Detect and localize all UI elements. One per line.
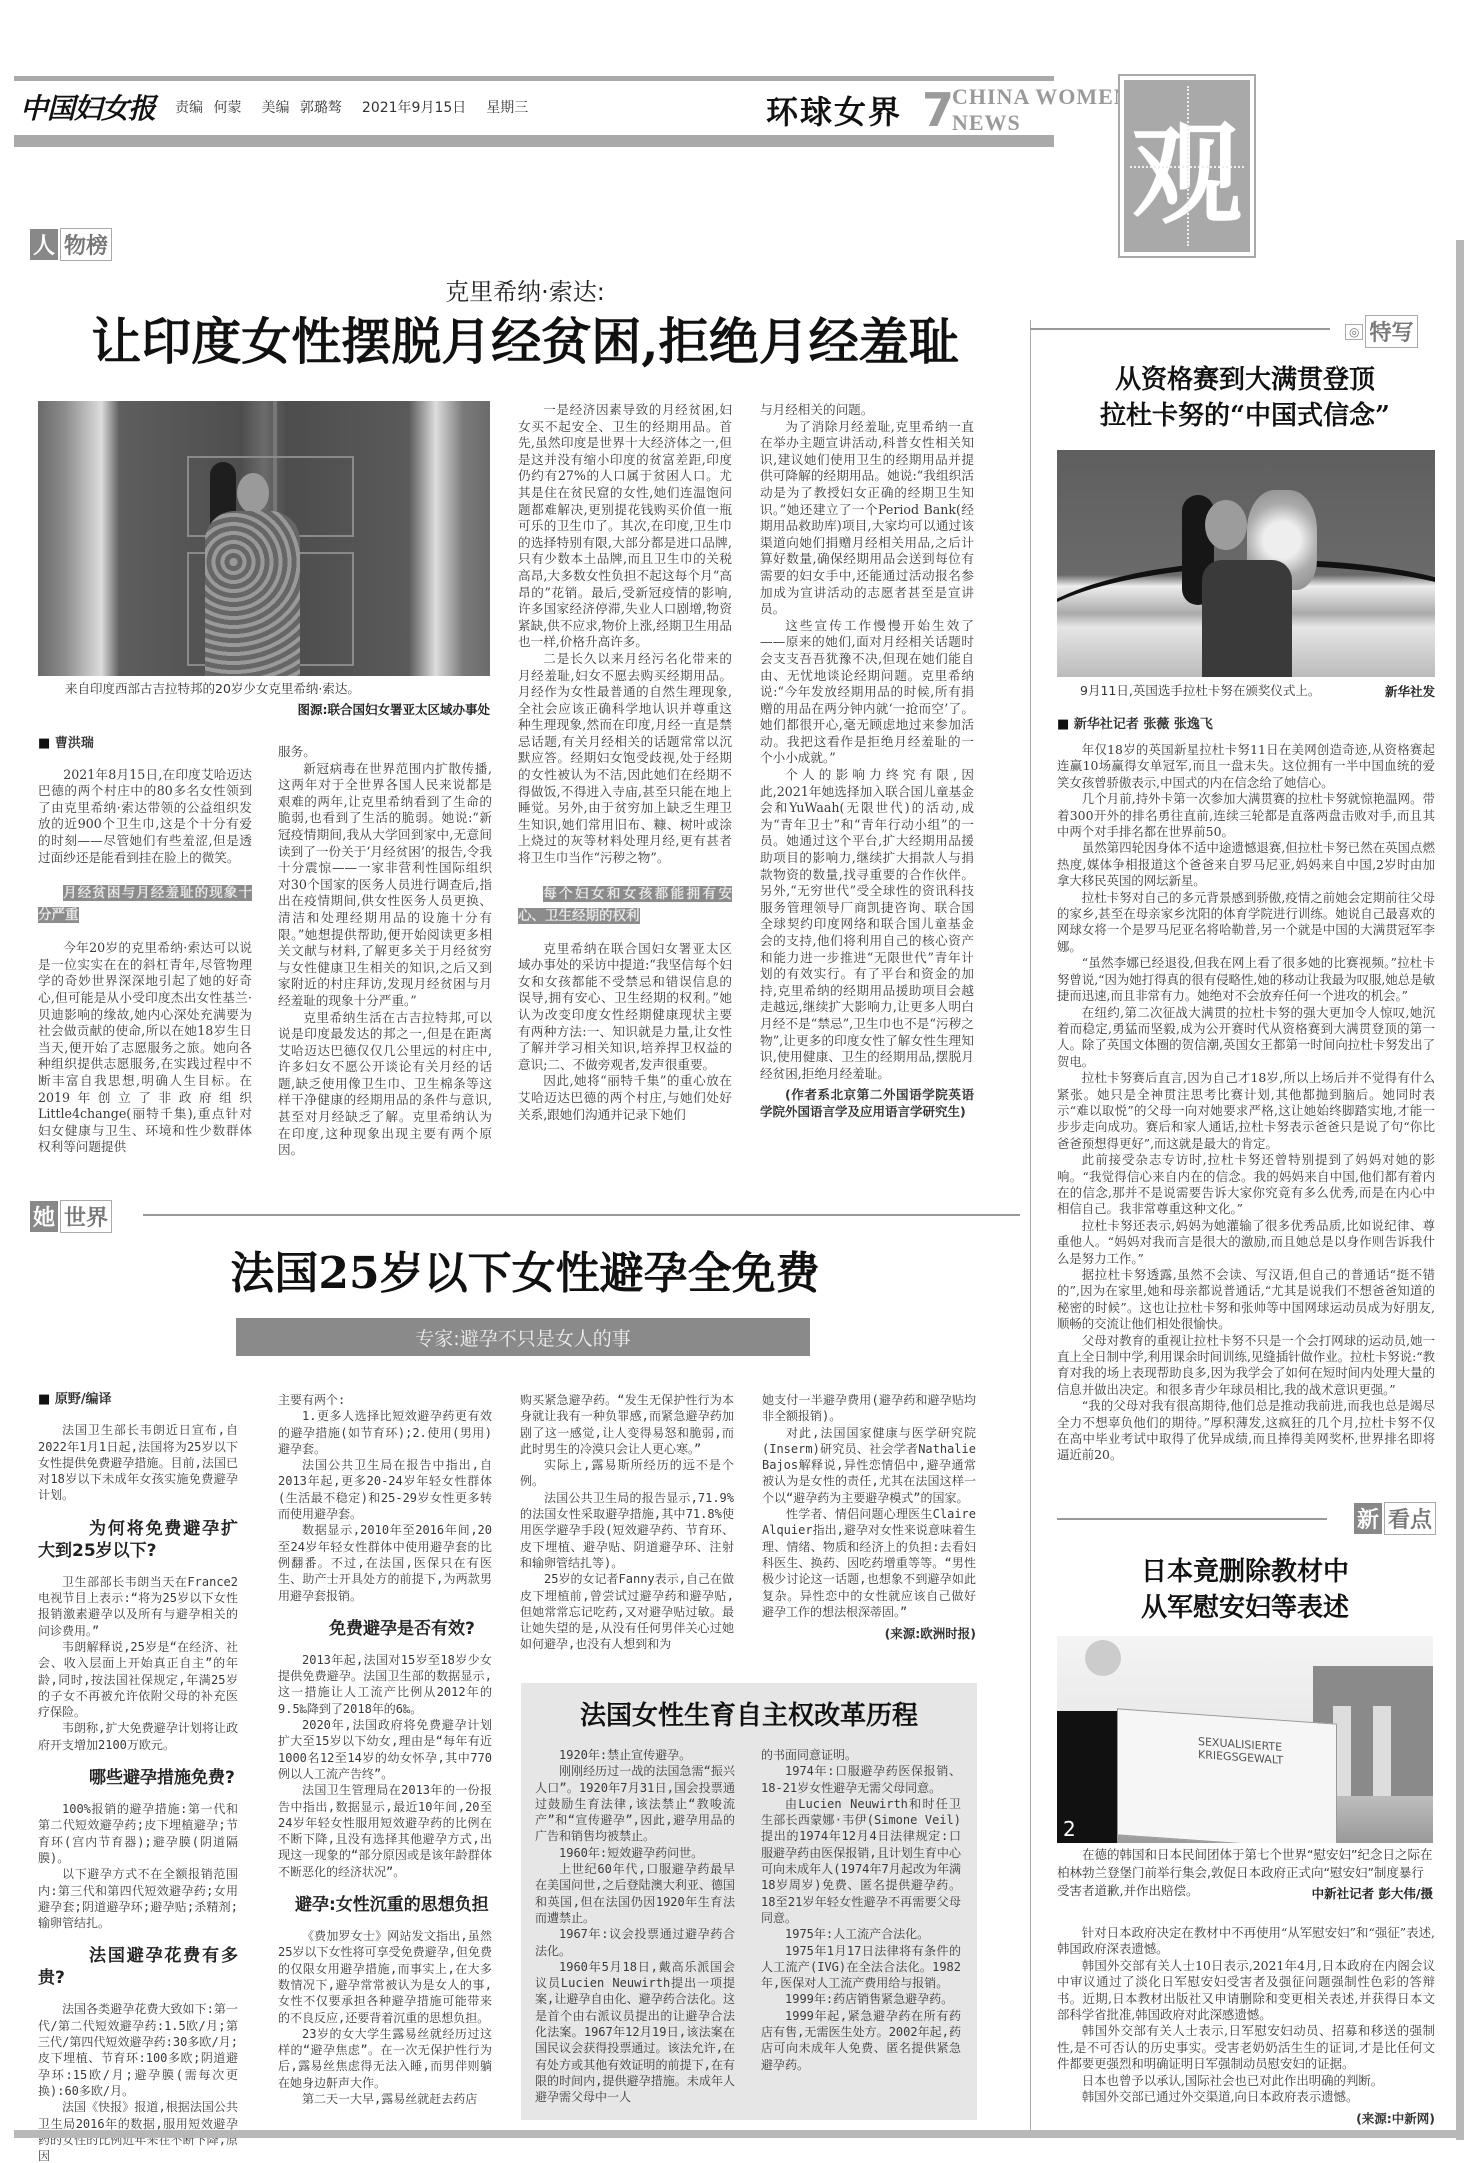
designer-credit: 美编 郭璐骜	[261, 97, 341, 117]
paragraph: 韩国外交部已通过外交渠道,向日本政府表示遗憾。	[1057, 2089, 1435, 2105]
section-heading: 为何将免费避孕扩大到25岁以下?	[38, 1518, 238, 1562]
protester-head	[1085, 1640, 1121, 1676]
rule	[143, 1214, 1020, 1216]
timeline-column-left: 1920年:禁止宣传避孕。 刚刚经历过一战的法国急需“振兴人口”。1920年7月…	[535, 1747, 735, 2106]
paragraph: 几个月前,持外卡第一次参加大满贯赛的拉杜卡努就惊艳温网。带着300开外的排名勇往…	[1057, 791, 1435, 840]
paragraph: “我的父母对我有很高期待,他们总是推动我前进,而我也总是竭尽全力不想辜负他们的期…	[1057, 1398, 1435, 1464]
timeline-entry: 上世纪60年代,口服避孕药最早在美国问世,之后登陆澳大利亚、德国和英国,但在法国…	[535, 1861, 735, 1926]
article3-photo: SEXUALISIERTE KRIEGSGEWALT 2	[1057, 1636, 1433, 1843]
paragraph: 法国各类避孕花费大致如下:第一代/第二代短效避孕药:1.5欧/月;第三代/第四代…	[38, 2001, 238, 2099]
article2-headline: 从资格赛到大满贯登顶 拉杜卡努的“中国式信念”	[1040, 362, 1450, 434]
paragraph: 拉杜卡努赛后直言,因为自己才18岁,所以上场后并不觉得有什么紧张。她只是全神贯注…	[1057, 1070, 1435, 1152]
paragraph: 23岁的女大学生露易丝就经历过这样的“避孕焦虑”。在一次无保护性行为后,露易丝焦…	[278, 2026, 492, 2091]
article4-source: (来源:欧洲时报)	[762, 1626, 976, 1642]
timeline-entry: 1967年:议会投票通过避孕药合法化。	[535, 1926, 735, 1959]
timeline-column-right: 的书面同意证明。 1974年:口服避孕药医保报销、18-21岁女性避孕无需父母同…	[761, 1747, 961, 2073]
paragraph: 性学者、情侣问题心理医生Claire Alquier指出,避孕对女性来说意味着生…	[762, 1506, 976, 1620]
paragraph: 主要有两个:	[278, 1392, 492, 1408]
article1-column-4: 与月经相关的问题。 为了消除月经羞耻,克里希纳一直在举办主题宣讲活动,科普女性相…	[760, 402, 974, 1120]
paragraph: 针对日本政府决定在教材中不再使用“从军慰安妇”和“强征”表述,韩国政府深表遗憾。	[1057, 1925, 1435, 1958]
paragraph: 韦朗称,扩大免费避孕计划将让政府开支增加2100万欧元。	[38, 1720, 238, 1753]
photo-number: 2	[1063, 1817, 1076, 1841]
section-name: 环球女界	[748, 86, 920, 134]
article1-photo	[38, 401, 490, 676]
issue-weekday: 星期三	[486, 97, 528, 117]
paragraph: 因此,她将“丽特千集”的重心放在艾哈迈达巴德的两个村庄,与她们处好关系,跟她们沟…	[518, 1073, 732, 1123]
article4-column-4: 她支付一半避孕费用(避孕药和避孕贴均非全额报销)。 对此,法国国家健康与医学研究…	[762, 1392, 976, 1642]
paragraph: 购买紧急避孕药。“发生无保护性行为本身就让我有一种负罪感,而紧急避孕药加剧了这一…	[520, 1392, 734, 1457]
paragraph: 克里希纳在联合国妇女署亚太区域办事处的采访中提道:“我坚信每个妇女和女孩都能不受…	[518, 941, 732, 1074]
article4-column-2: 主要有两个: 1.更多人选择比短效避孕药更有效的避孕措施(如节育环);2.使用(…	[278, 1392, 492, 2107]
paragraph: 25岁的女记者Fanny表示,自己在做皮下埋植前,曾尝试过避孕药和避孕贴,但她常…	[520, 1571, 734, 1652]
article1-headline: 让印度女性摆脱月经贫困,拒绝月经羞耻	[30, 310, 1020, 374]
article1-author-note: (作者系北京第二外国语学院英语学院外国语言学及应用语言学研究生)	[760, 1086, 974, 1120]
timeline-entry: 1920年:禁止宣传避孕。	[535, 1747, 735, 1763]
section-heading: 避孕:女性沉重的思想负担	[278, 1894, 492, 1916]
timeline-title: 法国女性生育自主权改革历程	[521, 1699, 977, 1733]
paragraph: 今年20岁的克里希纳·索达可以说是一位实实在在的斜杠青年,尽管物理学的奇妙世界深…	[38, 940, 252, 1156]
timeline-entry: 1999年:药店销售紧急避孕药。	[761, 1991, 961, 2007]
article3-headline-line2: 从军慰安妇等表述	[1040, 1590, 1450, 1626]
paragraph: 据拉杜卡努透露,虽然不会读、写汉语,但自己的普通话“挺不错的”,因为在家里,她和…	[1057, 1267, 1435, 1333]
article4-column-1: 原野/编译 法国卫生部长韦朗近日宣布,自2022年1月1日起,法国将为25岁以下…	[38, 1392, 238, 2163]
paragraph: 法国公共卫生局的报告显示,71.9%的法国女性采取避孕措施,其中71.8%使用医…	[520, 1490, 734, 1571]
article2-headline-line1: 从资格赛到大满贯登顶	[1040, 362, 1450, 398]
paragraph: 卫生部部长韦朗当天在France2电视节目上表示:“将为25岁以下女性报销激素避…	[38, 1574, 238, 1639]
section-heading: 免费避孕是否有效?	[278, 1618, 492, 1640]
paragraph: 此前接受杂志专访时,拉杜卡努还曾特别提到了妈妈对她的影响。“我觉得信心来自内在的…	[1057, 1152, 1435, 1218]
protest-banner: SEXUALISIERTE KRIEGSGEWALT	[1117, 1708, 1337, 1843]
paragraph: 父母对教育的重视让拉杜卡努不只是一个会打网球的运动员,她一直上全日制中学,利用课…	[1057, 1333, 1435, 1399]
paragraph: 这些宣传工作慢慢开始生效了——原来的她们,面对月经相关话题时会支支吾吾犹豫不决,…	[760, 618, 974, 767]
timeline-entry: 1999年起,紧急避孕药在所有药店有售,无需医生处方。2002年起,药店可向未成…	[761, 2008, 961, 2073]
masthead-bottom-band	[14, 135, 1054, 147]
paragraph: 服务。	[278, 744, 492, 761]
paragraph: 个人的影响力终究有限,因此,2021年她选择加入联合国儿童基金会和YuWaah(…	[760, 767, 974, 1082]
paragraph: 2013年起,法国对15岁至18岁少女提供免费避孕。法国卫生部的数据显示,这一措…	[278, 1652, 492, 1717]
article1-subhead-2-wrap: 每个妇女和女孩都能拥有安心、卫生经期的权利	[518, 883, 732, 927]
article1-photo-caption: 来自印度西部古吉拉特邦的20岁少女克里希纳·索达。	[65, 680, 485, 698]
column-tag-new-focus: 新 看点	[1354, 1502, 1436, 1535]
paragraph: 2021年8月15日,在印度艾哈迈达巴德的两个村庄中的80多名女性领到了由克里希…	[38, 767, 252, 867]
article1-byline: 曹洪瑞	[38, 736, 252, 753]
section-heading: 法国避孕花费有多贵?	[38, 1945, 238, 1989]
paragraph: “虽然李娜已经退役,但我在网上看了很多她的比赛视频。”拉杜卡努曾说,“因为她打得…	[1057, 955, 1435, 1004]
timeline-entry: 1974年:口服避孕药医保报销、18-21岁女性避孕无需父母同意。	[761, 1763, 961, 1796]
paragraph: 二是长久以来月经污名化带来的月经羞耻,妇女不愿去购买经期用品。月经作为女性最普通…	[518, 651, 732, 867]
paragraph: 法国卫生部长韦朗近日宣布,自2022年1月1日起,法国将为25岁以下女性提供免费…	[38, 1422, 238, 1503]
paragraph: 年仅18岁的英国新星拉杜卡努11日在美网创造奇迹,从资格赛起连赢10场赢得女单冠…	[1057, 742, 1435, 791]
issue-date: 2021年9月15日	[362, 97, 466, 117]
section-glyph-box: 观	[1120, 76, 1254, 256]
paragraph: 法国公共卫生局在报告中指出,自2013年起,更多20-24岁年轻女性群体(生活最…	[278, 1457, 492, 1522]
section-glyph: 观	[1132, 87, 1242, 245]
paragraph: 虽然第四轮因身体不适中途遗憾退赛,但拉杜卡努已然在英国点燃热度,媒体争相报道这个…	[1057, 840, 1435, 889]
article2-byline: 新华社记者 张薇 张逸飞	[1057, 713, 1213, 732]
rule	[1030, 328, 1330, 330]
masthead-left: 中国妇女报 责编 何蒙 美编 郭璐骜 2021年9月15日 星期三	[20, 84, 720, 130]
timeline-entry: 1960年:短效避孕药问世。	[535, 1845, 735, 1861]
timeline-box: 法国女性生育自主权改革历程 1920年:禁止宣传避孕。 刚刚经历过一战的法国急需…	[521, 1683, 977, 2120]
article1-photo-credit: 图源:联合国妇女署亚太区域办事处	[60, 700, 490, 718]
timeline-entry: 刚刚经历过一战的法国急需“振兴人口”。1920年7月31日,国会投票通过鼓励生育…	[535, 1763, 735, 1844]
timeline-entry: 由Lucien Neuwirth和时任卫生部长西蒙娜·韦伊(Simone Vei…	[761, 1796, 961, 1926]
newspaper-logo: 中国妇女报	[20, 87, 155, 127]
article2-body: 年仅18岁的英国新星拉杜卡努11日在美网创造奇迹,从资格赛起连赢10场赢得女单冠…	[1057, 742, 1435, 1464]
paragraph: 拉杜卡努对自己的多元背景感到骄傲,疫情之前她会定期前往父母的家乡,甚至在母亲家乡…	[1057, 890, 1435, 956]
paragraph: 日本也曾予以承认,国际社会也已对此作出明确的判断。	[1057, 2073, 1435, 2089]
paragraph: 克里希纳生活在古吉拉特邦,可以说是印度最发达的邦之一,但是在距离艾哈迈达巴德仅仅…	[278, 1010, 492, 1159]
article1-column-3: 一是经济因素导致的月经贫困,妇女买不起安全、卫生的经期用品。首先,虽然印度是世界…	[518, 402, 732, 1123]
article1-column-1: 曹洪瑞 2021年8月15日,在印度艾哈迈达巴德的两个村庄中的80多名女性领到了…	[38, 736, 252, 1156]
paragraph: 以下避孕方式不在全额报销范围内:第三代和第四代短效避孕药;女用避孕套;阴道避孕环…	[38, 1866, 238, 1931]
paragraph: 拉杜卡努还表示,妈妈为她灌输了很多优秀品质,比如说纪律、尊重他人。“妈妈对我而言…	[1057, 1218, 1435, 1267]
paragraph: 为了消除月经羞耻,克里希纳一直在举办主题宣讲活动,科普女性相关知识,建议她们使用…	[760, 419, 974, 618]
article3-headline-line1: 日本竟删除教材中	[1040, 1554, 1450, 1590]
column-tag-people: 人 物榜	[30, 228, 112, 261]
paragraph: 100%报销的避孕措施:第一代和第二代短效避孕药;皮下埋植避孕;节育环(宫内节育…	[38, 1801, 238, 1866]
section-heading: 哪些避孕措施免费?	[38, 1767, 238, 1789]
editor-credit: 责编 何蒙	[175, 97, 241, 117]
column-tag-feature: ◎ 特写	[1345, 315, 1418, 348]
page-number: 7	[922, 80, 948, 140]
column-tag-her-world: 她 世界	[30, 1200, 112, 1233]
timeline-entry: 1975年1月17日法律将有条件的人工流产(IVG)在全法合法化。1982年,医…	[761, 1943, 961, 1992]
paragraph: 一是经济因素导致的月经贫困,妇女买不起安全、卫生的经期用品。首先,虽然印度是世界…	[518, 402, 732, 651]
timeline-entry: 1975年:人工流产合法化。	[761, 1926, 961, 1942]
article3-body: 针对日本政府决定在教材中不再使用“从军慰安妇”和“强征”表述,韩国政府深表遗憾。…	[1057, 1925, 1435, 2128]
paragraph: 数据显示,2010年至2016年间,20至24岁年轻女性群体中使用避孕套的比例翻…	[278, 1522, 492, 1603]
article1-subhead-1-wrap: 月经贫困与月经羞耻的现象十分严重	[38, 882, 252, 926]
paragraph: 法国卫生管理局在2013年的一份报告中指出,数据显示,最近10年间,20至24岁…	[278, 1782, 492, 1880]
paragraph: 新冠病毒在世界范围内扩散传播,这两年对于全世界各国人民来说都是艰难的两年,让克里…	[278, 761, 492, 1010]
article4-subheadline: 专家:避孕不只是女人的事	[236, 1318, 810, 1356]
paragraph: 她支付一半避孕费用(避孕药和避孕贴均非全额报销)。	[762, 1392, 976, 1425]
timeline-entry: 的书面同意证明。	[761, 1747, 961, 1763]
paragraph: 实际上,露易斯所经历的远不是个例。	[520, 1457, 734, 1490]
timeline-entry: 1960年5月18日,戴高乐派国会议员Lucien Neuwirth提出一项提案…	[535, 1959, 735, 2106]
article1-column-2: 服务。 新冠病毒在世界范围内扩散传播,这两年对于全世界各国人民来说都是艰难的两年…	[278, 744, 492, 1159]
page-bottom-shadow	[14, 2130, 1464, 2138]
article2-photo	[1057, 450, 1435, 677]
paragraph: 《费加罗女士》网站发文指出,虽然25岁以下女性将可享受免费避孕,但免费的仅限女用…	[278, 1928, 492, 2026]
face-shape	[237, 473, 269, 513]
article2-headline-line2: 拉杜卡努的“中国式信念”	[1040, 398, 1450, 434]
paragraph: 2020年,法国政府将免费避孕计划扩大至15岁以下幼女,理由是“每年有近1000…	[278, 1717, 492, 1782]
face-shape	[1205, 500, 1247, 550]
dress-shape	[1202, 560, 1292, 677]
paragraph: 韦朗解释说,25岁是“在经济、社会、收入层面上开始真正自主”的年龄,同时,按法国…	[38, 1639, 238, 1720]
paragraph: 韩国外交部有关人士表示,日军慰安妇动员、招募和移送的强制性,是不可否认的历史事实…	[1057, 2023, 1435, 2072]
floral-dress-shape	[205, 511, 300, 676]
article3-source: (来源:中新网)	[1057, 2111, 1435, 2127]
article2-photo-credit: 新华社发	[1320, 682, 1435, 700]
paragraph: 与月经相关的问题。	[760, 402, 974, 419]
rule	[1057, 1518, 1327, 1520]
article4-column-3: 购买紧急避孕药。“发生无保护性行为本身就让我有一种负罪感,而紧急避孕药加剧了这一…	[520, 1392, 734, 1653]
paragraph: 对此,法国国家健康与医学研究院(Inserm)研究员、社会学者Nathalie …	[762, 1425, 976, 1506]
paragraph: 韩国外交部有关人士10日表示,2021年4月,日本政府在内阁会议中审议通过了淡化…	[1057, 1958, 1435, 2024]
article4-headline: 法国25岁以下女性避孕全免费	[30, 1246, 1020, 1302]
article4-byline: 原野/编译	[38, 1392, 238, 1408]
article1-subhead-1: 月经贫困与月经羞耻的现象十分严重	[38, 885, 252, 923]
paragraph: 1.更多人选择比短效避孕药更有效的避孕措施(如节育环);2.使用(男用)避孕套。	[278, 1408, 492, 1457]
article3-photo-credit: 中新社记者 彭大伟/摄	[1240, 1884, 1433, 1902]
article1-kicker: 克里希纳·索达:	[30, 272, 1020, 307]
paragraph: 第二天一大早,露易丝就赶去药店	[278, 2091, 492, 2107]
paragraph: 在纽约,第二次征战大满贯的拉杜卡努的强大更加令人惊叹,她沉着而稳定,勇猛而坚毅,…	[1057, 1005, 1435, 1071]
article1-subhead-2: 每个妇女和女孩都能拥有安心、卫生经期的权利	[518, 886, 732, 924]
article3-headline: 日本竟删除教材中 从军慰安妇等表述	[1040, 1554, 1450, 1626]
page-right-shadow	[1456, 240, 1464, 2140]
